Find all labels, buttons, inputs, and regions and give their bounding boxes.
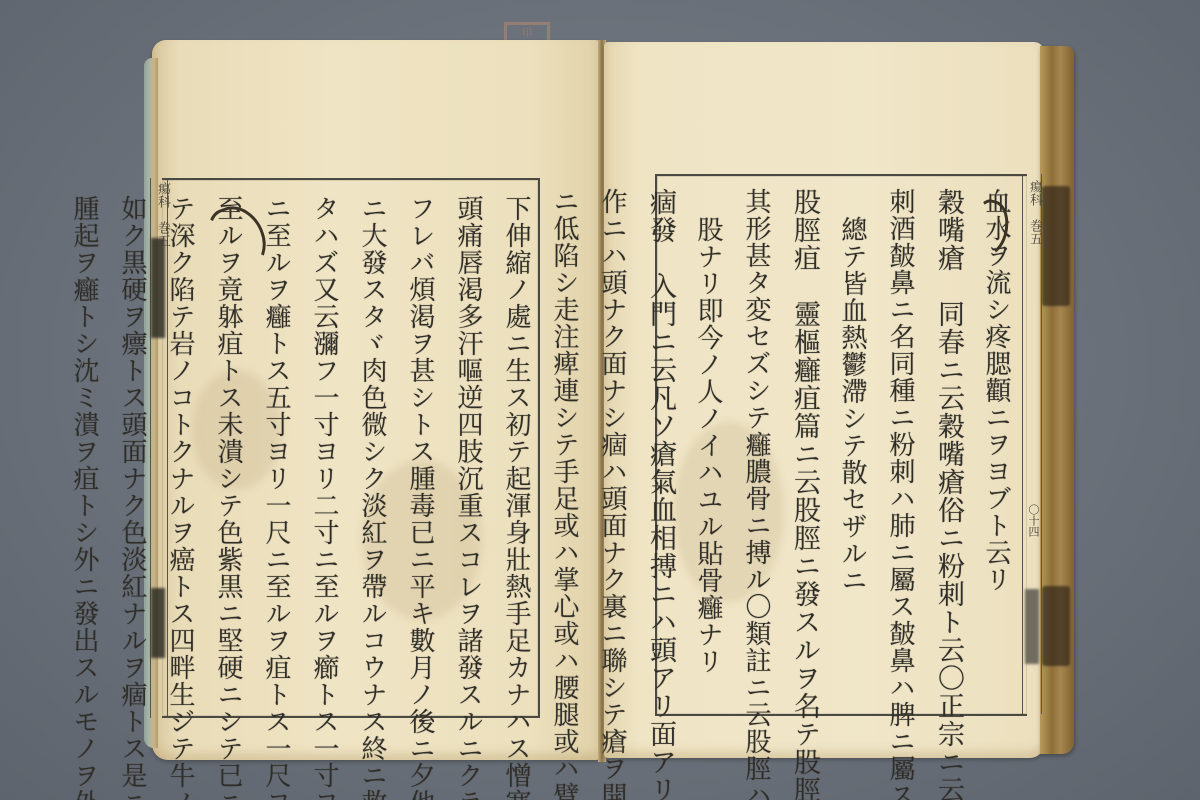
text-column: 腫起ヲ癰トシ沈ミ潰ヲ疽トシ外ニ發出スルモノヲ外發トシ	[60, 195, 108, 710]
text-column: 至ルヲ竟躰疽トス未潰シテ色紫黒ニ堅硬ニシテ已ニ潰	[204, 195, 252, 710]
fore-edge-stain	[1042, 586, 1070, 666]
left-page-text: 下伸縮ノ處ニ生ス初テ起渾身壯熱手足カナハス憎寒 頭痛唇渇多汗嘔逆四肢沉重スコレヲ…	[170, 195, 540, 710]
text-column: 總テ皆血熱鬱滯シテ散セザルニ	[828, 188, 876, 708]
section-heading-column: 股脛疽 靈樞癰疽篇ニ云股脛ニ發スルヲ名テ股脛疽ト云	[780, 188, 828, 708]
text-column: 下伸縮ノ處ニ生ス初テ起渾身壯熱手足カナハス憎寒	[492, 195, 540, 710]
text-column: 刺酒皶鼻ニ名同種ニ粉刺ハ肺ニ屬ス皶鼻ハ脾ニ屬ス	[876, 188, 924, 708]
text-column: 頭痛唇渇多汗嘔逆四肢沉重スコレヲ諸發スルニクラ	[444, 195, 492, 710]
section-heading-column: 穀嘴瘡 同春ニ云穀嘴瘡俗ニ粉刺ト云〇正宗ニ云肺風粉	[924, 188, 972, 708]
fore-edge	[1040, 46, 1074, 754]
text-column: 血水ヲ流シ疼腮顴ニヲヨブト云リ	[972, 188, 1020, 708]
text-column: 股ナリ即今ノ人ノイハユル貼骨癰ナリ	[684, 188, 732, 708]
right-page-text: 血水ヲ流シ疼腮顴ニヲヨブト云リ 穀嘴瘡 同春ニ云穀嘴瘡俗ニ粉刺ト云〇正宗ニ云肺風…	[660, 188, 1020, 708]
text-column: タハズ又云瀰フ一寸ヨリ二寸ニ至ルヲ癤トス一寸ヨリ五寸	[300, 195, 348, 710]
text-column: ニ至ルヲ癰トス五寸ヨリ一尺ニ至ルヲ疽トス一尺ヨリ二尺ニ	[252, 195, 300, 710]
open-book: 印 瘍科 巻五 下伸縮ノ處ニ生ス初テ起渾身壯熱手足カナハス憎寒 頭痛唇渇多汗嘔逆…	[0, 0, 1200, 800]
text-column: テ深ク陷テ岩ノコトクナルヲ癌トス四畔生ジテ牛ノ唇ノ	[156, 195, 204, 710]
text-column: ニ低陷シ走注痺連シテ手足或ハ掌心或ハ腰腿或ハ臂	[540, 188, 588, 708]
ink-smudge	[1025, 589, 1039, 664]
page-number: 〇十四	[1025, 504, 1041, 537]
right-gutter-label: 瘍科 巻五	[1025, 180, 1044, 245]
fore-edge-stain	[1042, 186, 1070, 306]
text-column: 其形甚タ変セズシテ癰膿骨ニ搏ル〇類註ニ云股脛ハ大	[732, 188, 780, 708]
text-column: フレバ煩渇ヲ甚シトス腫毒已ニ平キ數月ノ後ニ夕他處	[396, 195, 444, 710]
section-heading-column: 痼發 入門ニ云凡ソ瘡氣血相搏ニハ頭アリ面アリ風邪内ニ	[636, 188, 684, 708]
text-column: 如ク黒硬ヲ瘭トス頭面ナク色淡紅ナルヲ痼トス是ニ知ヌ	[108, 195, 156, 710]
text-column: ニ大發スタヾ肉色微シク淡紅ヲ帶ルコウナス終ニ救フア	[348, 195, 396, 710]
text-column: 作ニハ頭ナク面ナシ痼ハ頭面ナク裏ニ聯シテ瘡ヲ開ヲ肌肉	[588, 188, 636, 708]
